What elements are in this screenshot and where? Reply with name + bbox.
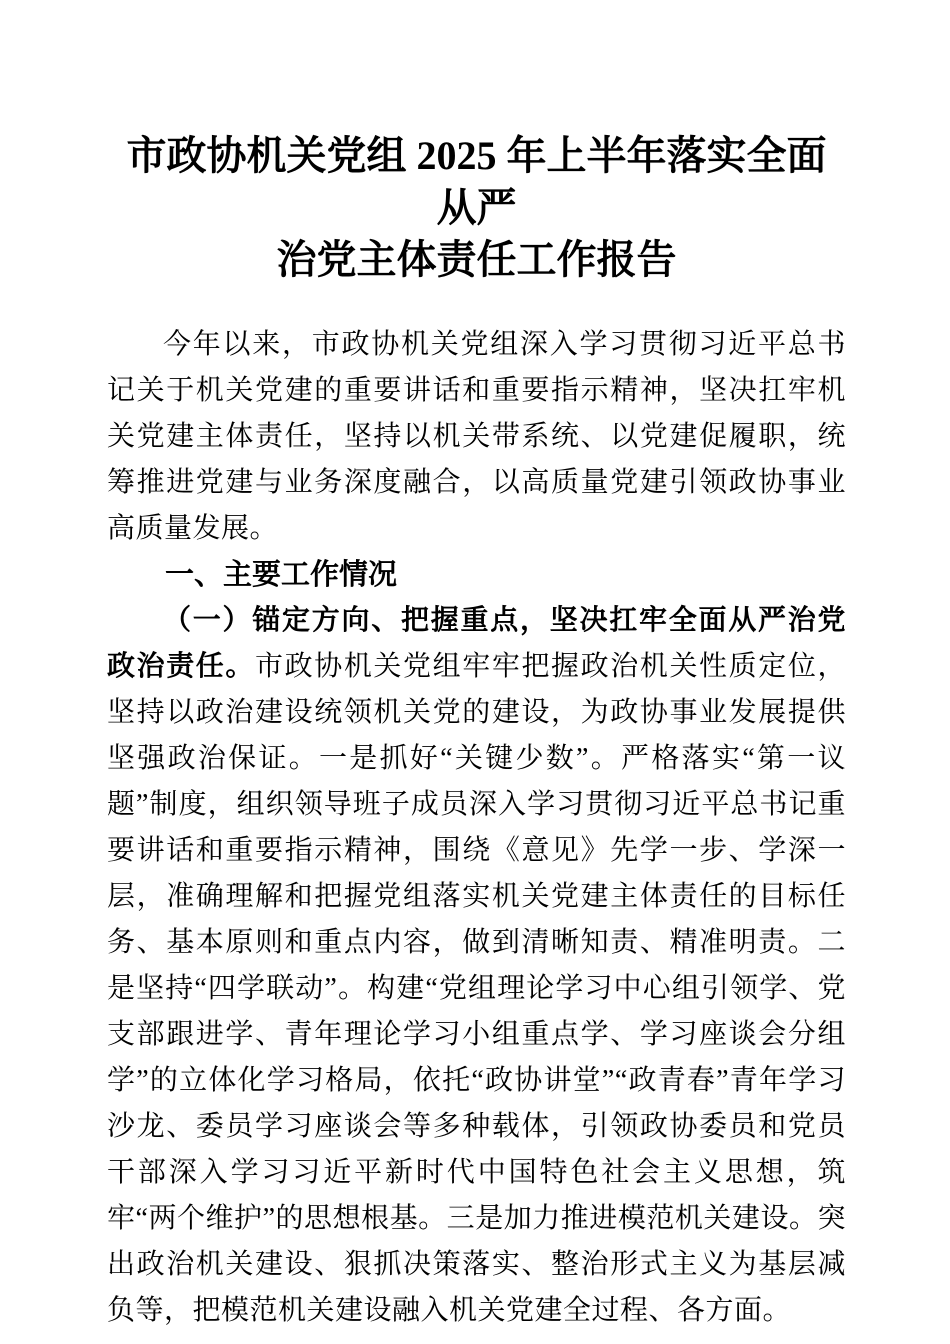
section1-item1-paragraph: （一）锚定方向、把握重点，坚决扛牢全面从严治党政治责任。市政协机关党组牢牢把握政… xyxy=(107,598,846,1334)
document-title-line1: 市政协机关党组 2025 年上半年落实全面从严 xyxy=(127,133,827,230)
document-title-line2: 治党主体责任工作报告 xyxy=(277,237,677,282)
document-page: 市政协机关党组 2025 年上半年落实全面从严治党主体责任工作报告 今年以来，市… xyxy=(0,0,950,1344)
document-body: 市政协机关党组 2025 年上半年落实全面从严治党主体责任工作报告 今年以来，市… xyxy=(0,0,950,1334)
section-heading-main-work: 一、主要工作情况 xyxy=(107,552,846,598)
intro-paragraph: 今年以来，市政协机关党组深入学习贯彻习近平总书记关于机关党建的重要讲话和重要指示… xyxy=(107,322,846,552)
document-title: 市政协机关党组 2025 年上半年落实全面从严治党主体责任工作报告 xyxy=(107,130,846,286)
section1-item1-body: 市政协机关党组牢牢把握政治机关性质定位，坚持以政治建设统领机关党的建设，为政协事… xyxy=(107,651,846,1326)
